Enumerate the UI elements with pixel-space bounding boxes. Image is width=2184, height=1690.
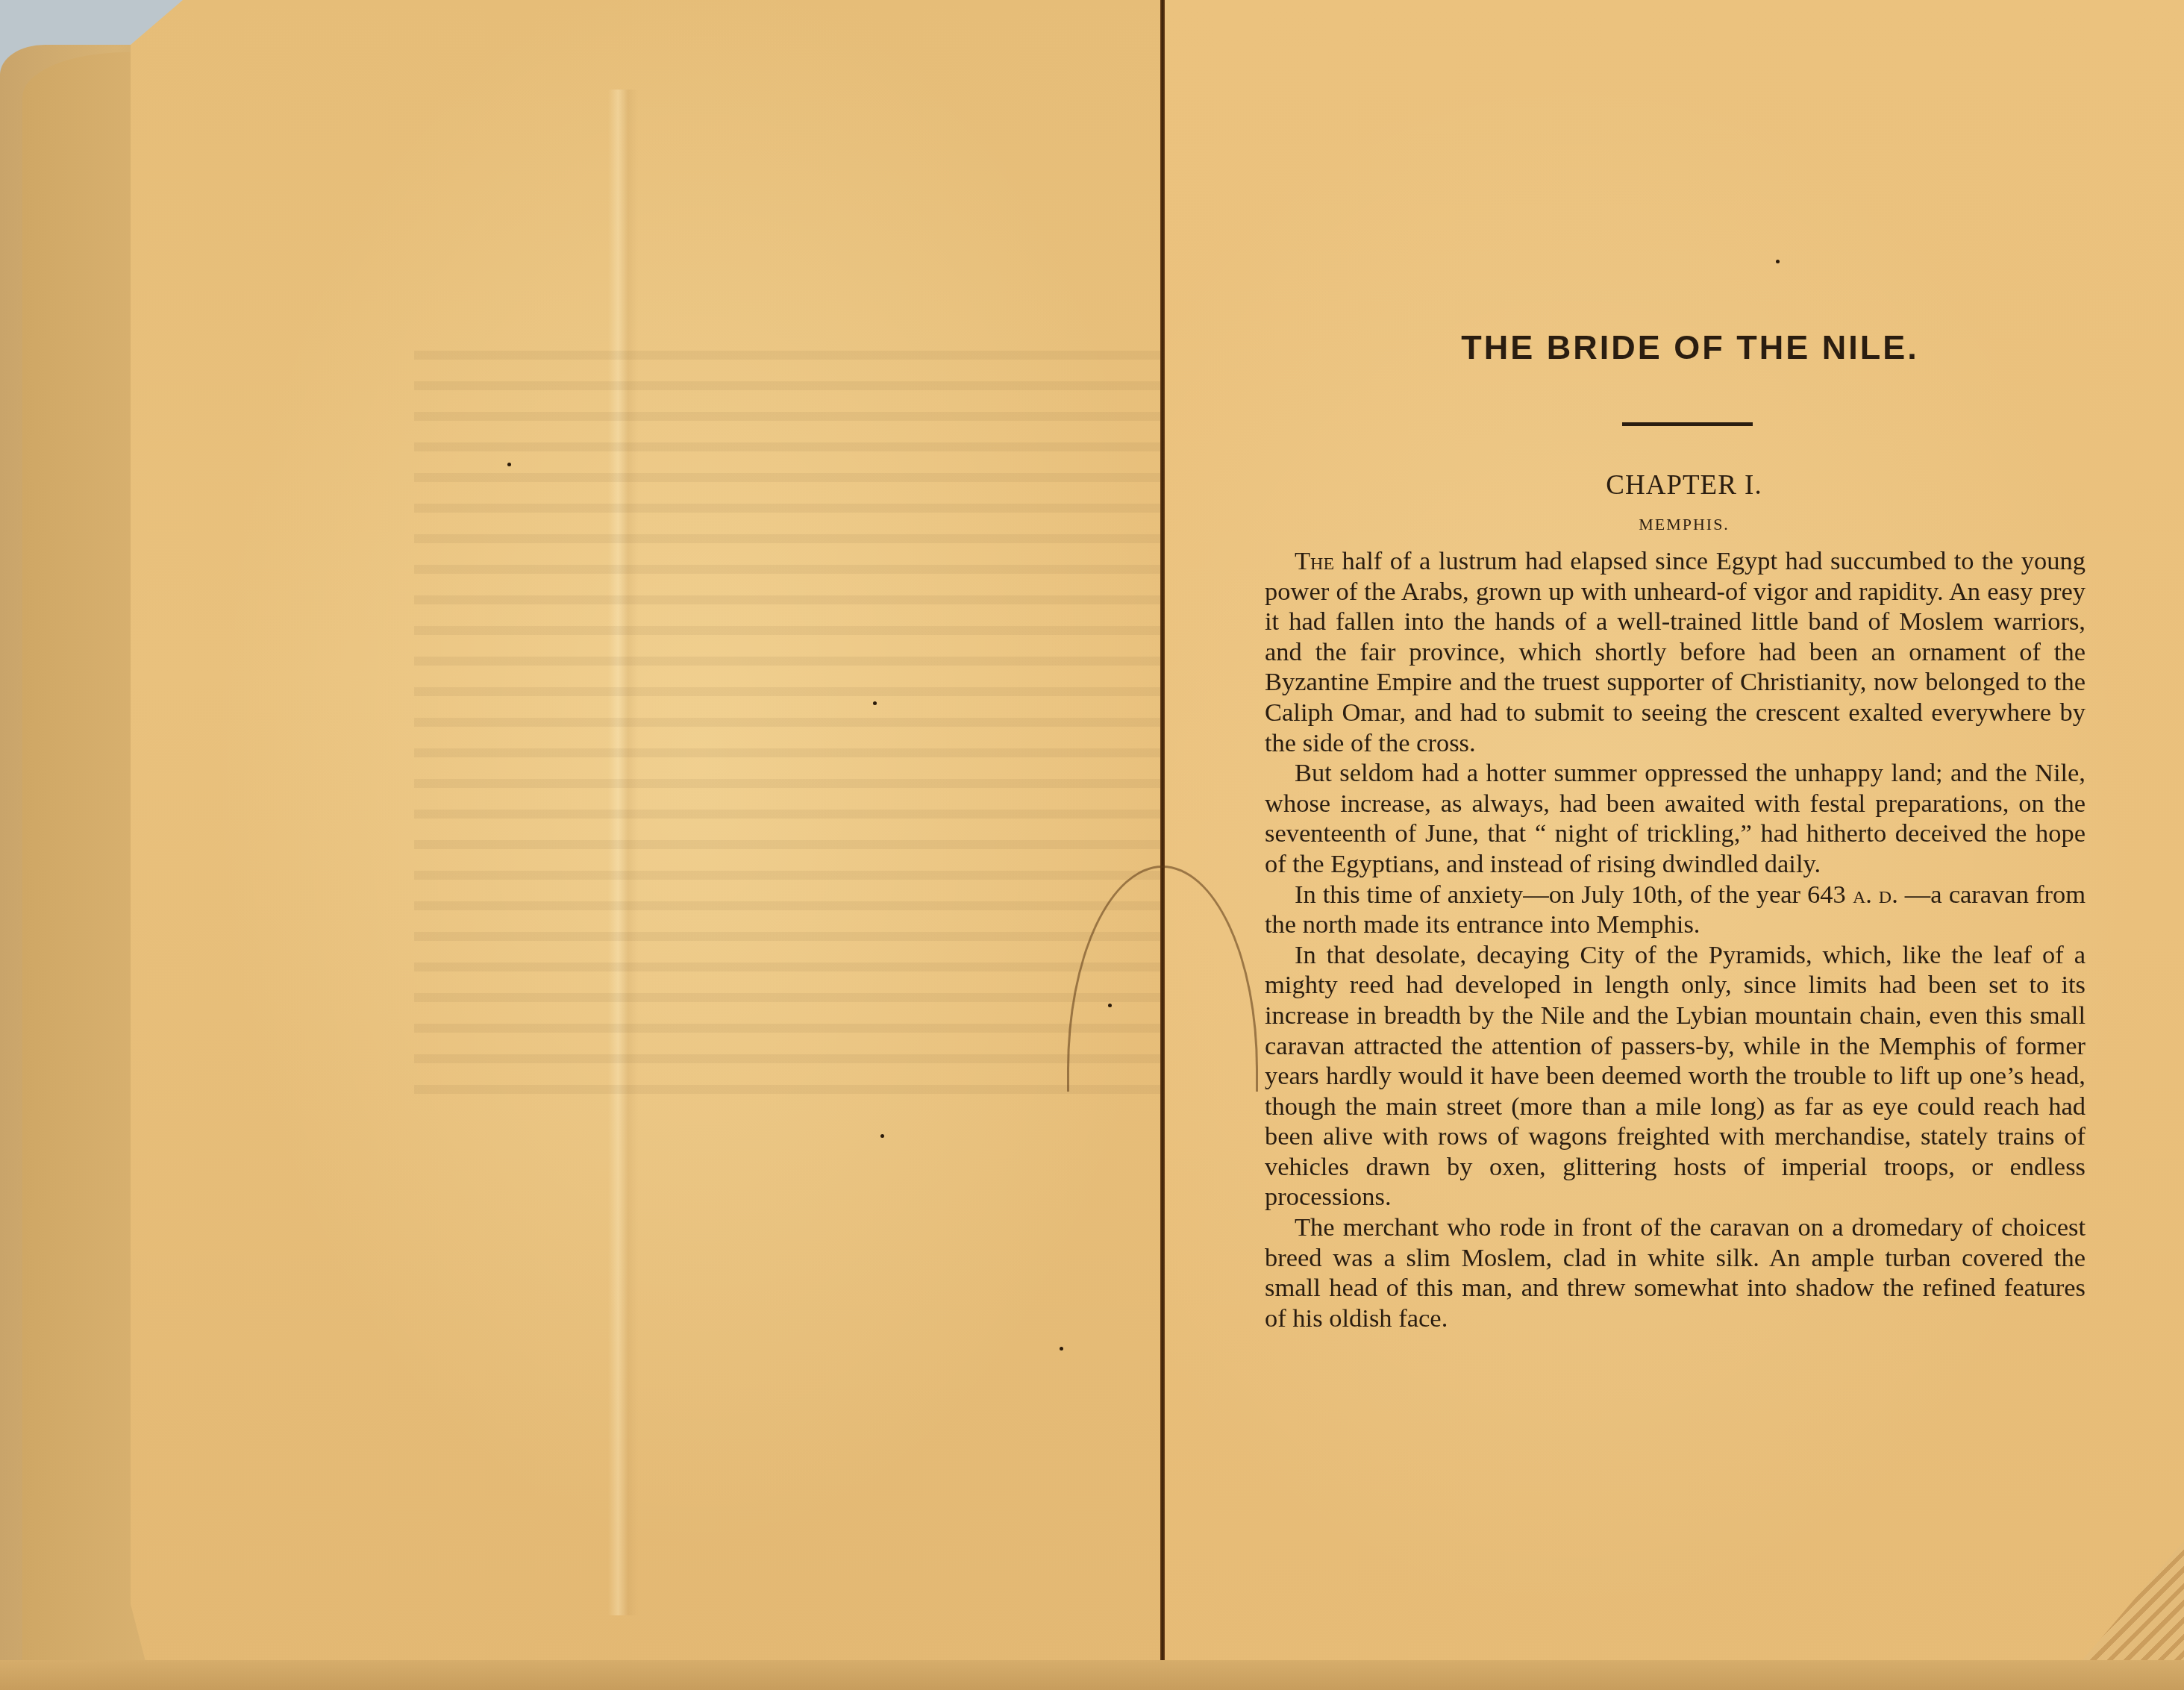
- paragraph-5: The merchant who rode in front of the ca…: [1265, 1212, 2086, 1333]
- show-through-text: [414, 351, 1160, 1097]
- paper-speck: [1060, 1347, 1063, 1351]
- book-spread-scan: THE BRIDE OF THE NILE. CHAPTER I. MEMPHI…: [0, 0, 2184, 1690]
- paper-speck: [880, 1134, 884, 1138]
- paragraph-text: The merchant who rode in front of the ca…: [1265, 1213, 2086, 1333]
- paragraph-3: In this time of anxiety—on July 10th, of…: [1265, 880, 2086, 940]
- paragraph-1: The half of a lustrum had elapsed since …: [1265, 546, 2086, 758]
- paragraph-2: But seldom had a hotter summer oppressed…: [1265, 758, 2086, 879]
- chapter-heading: CHAPTER I.: [1265, 469, 2086, 501]
- page-bottom-edge: [0, 1660, 2184, 1690]
- paper-speck: [1776, 260, 1780, 263]
- paper-speck: [1108, 1004, 1112, 1007]
- paragraph-text: But seldom had a hotter summer oppressed…: [1265, 759, 2086, 878]
- book-spine-gutter: [1160, 0, 1165, 1690]
- paragraph-text: In that desolate, decaying City of the P…: [1265, 941, 2086, 1212]
- book-title: THE BRIDE OF THE NILE.: [1265, 328, 2086, 367]
- paper-speck: [873, 701, 877, 705]
- paragraph-text: half of a lustrum had elapsed since Egyp…: [1265, 547, 2086, 757]
- paper-speck: [507, 463, 511, 466]
- era-abbreviation: a. d.: [1853, 880, 1898, 909]
- chapter-body: The half of a lustrum had elapsed since …: [1265, 546, 2086, 1333]
- paragraph-4: In that desolate, decaying City of the P…: [1265, 940, 2086, 1212]
- paragraph-lead-word: The: [1295, 547, 1334, 575]
- title-divider-rule: [1622, 422, 1753, 426]
- paragraph-text: In this time of anxiety—on July 10th, of…: [1295, 880, 1853, 909]
- chapter-subtitle: MEMPHIS.: [1265, 515, 2086, 534]
- left-page-blank: [131, 0, 1160, 1690]
- printed-text-block: THE BRIDE OF THE NILE. CHAPTER I. MEMPHI…: [1265, 328, 2086, 1333]
